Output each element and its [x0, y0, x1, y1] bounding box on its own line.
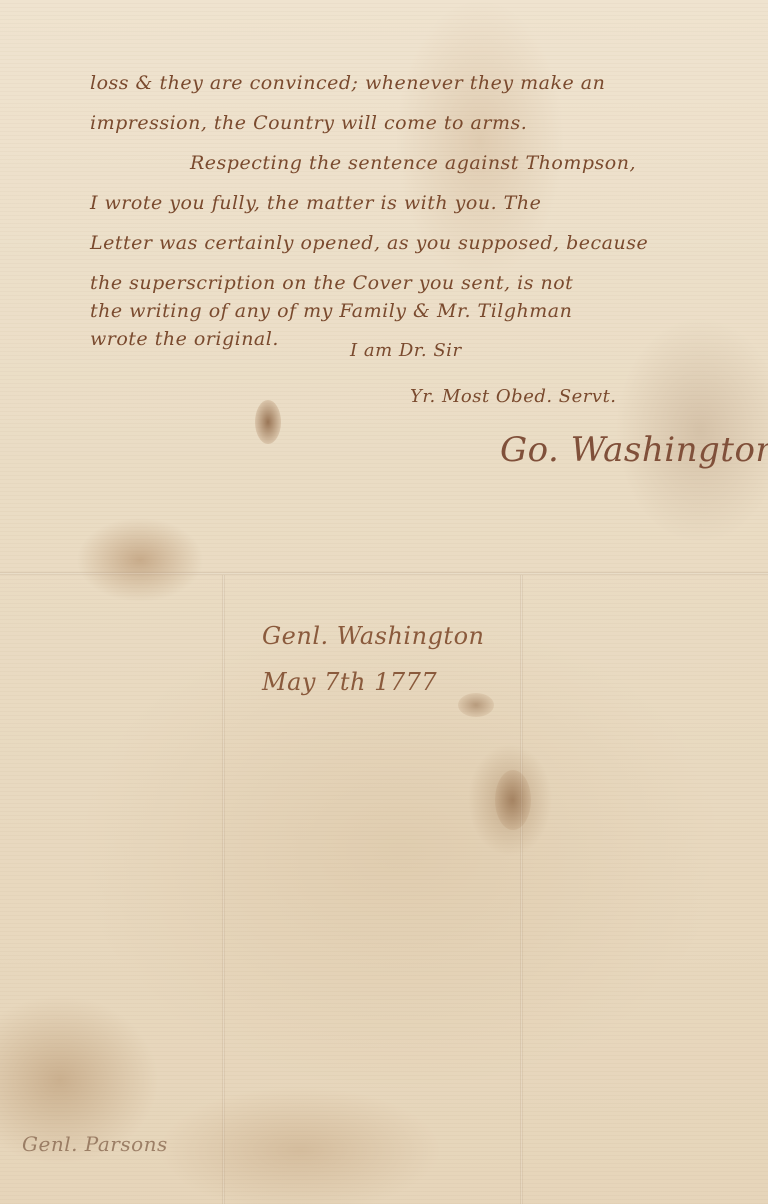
address-line: Genl. Parsons: [22, 1132, 168, 1156]
body-line: Respecting the sentence against Thompson…: [190, 152, 636, 174]
body-line: the superscription on the Cover you sent…: [90, 272, 573, 294]
body-line: the writing of any of my Family & Mr. Ti…: [90, 300, 572, 322]
docket-date: May 7th 1777: [262, 668, 437, 696]
body-line: loss & they are convinced; whenever they…: [90, 72, 605, 94]
body-line: Letter was certainly opened, as you supp…: [90, 232, 648, 254]
stain-spot: [495, 770, 531, 830]
salutation: I am Dr. Sir: [350, 340, 462, 361]
body-line: impression, the Country will come to arm…: [90, 112, 527, 134]
manuscript-page: loss & they are convinced; whenever they…: [0, 0, 768, 1204]
body-line: wrote the original.: [90, 328, 279, 350]
ink-blot: [255, 400, 281, 444]
vertical-fold-crease-left: [222, 575, 225, 1204]
vertical-fold-crease-right: [520, 575, 523, 1204]
signature: Go. Washington: [500, 430, 768, 470]
stain-spot: [458, 693, 494, 717]
horizontal-fold-crease: [0, 572, 768, 575]
valediction: Yr. Most Obed. Servt.: [410, 386, 617, 407]
docket-name: Genl. Washington: [262, 622, 484, 650]
body-line: I wrote you fully, the matter is with yo…: [90, 192, 541, 214]
